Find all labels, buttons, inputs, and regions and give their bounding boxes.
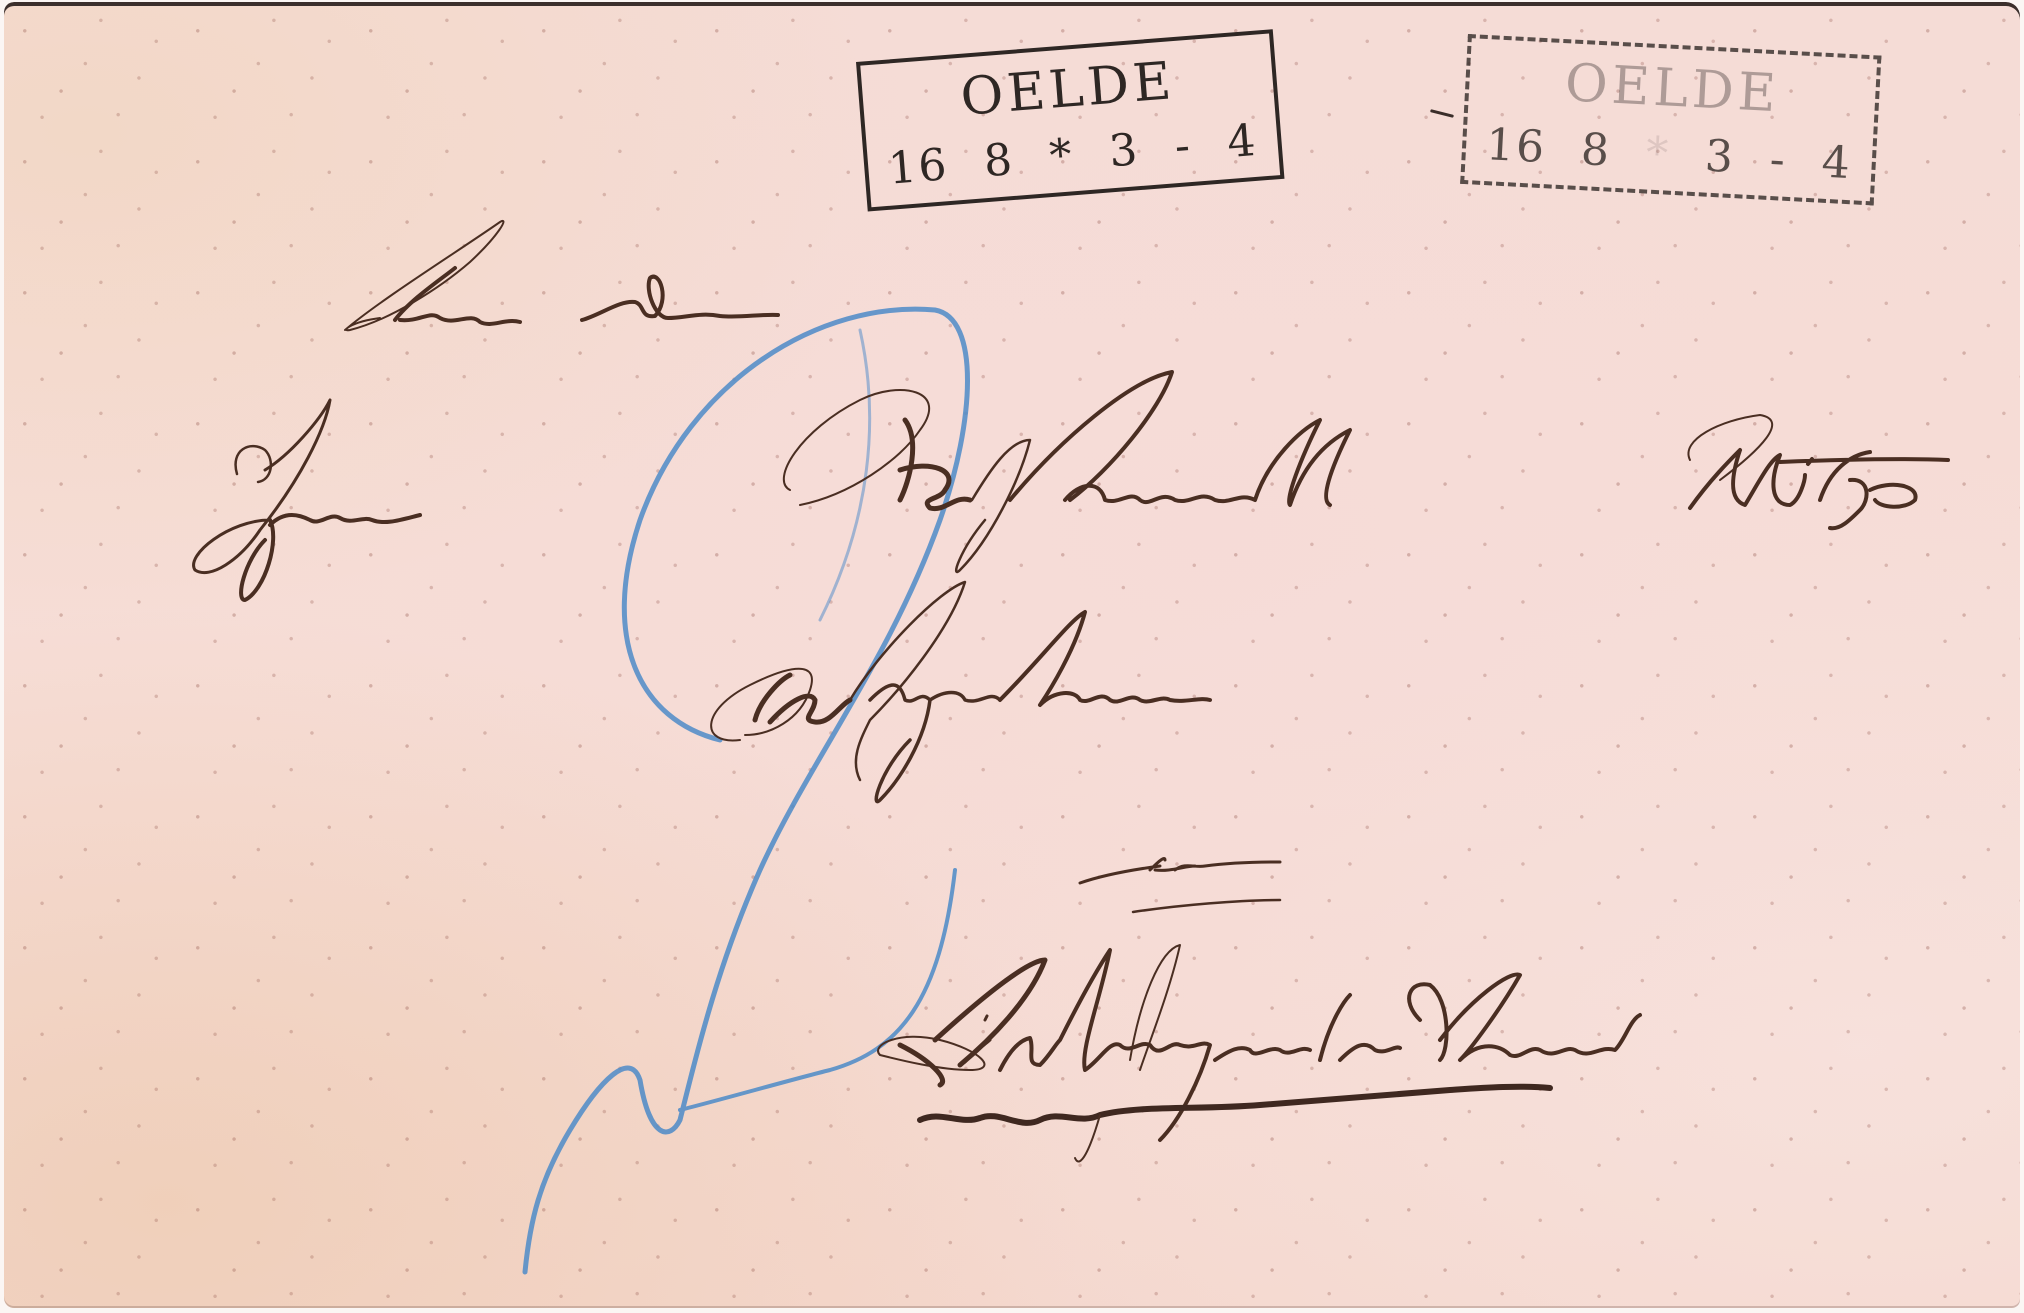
postmark-month: 8 [982,138,1015,184]
postmark-hour-to: 4 [1821,141,1853,187]
postmark-day: 16 [1485,123,1547,170]
postmark-dash: - [1173,124,1193,169]
postmark-hour-to: 4 [1226,119,1259,165]
postmark-date: 16 8 * 3 - 4 [887,119,1259,192]
address-transcription: An den Herrn Rechtsanwalt Mütze Wohlgebo… [0,0,1,1]
postmark-town: OELDE [861,47,1274,131]
postmark-day: 16 [887,143,950,192]
postmark-hour-from: 3 [1704,135,1736,181]
postmark-star: * [1048,133,1075,179]
postmark-town: OELDE [1468,52,1876,125]
postmark-dash: - [1769,138,1788,183]
postmark-box-oelde-2: OELDE 16 8 * 3 - 4 [1460,34,1881,205]
address-line-1: An den [0,0,1,1]
postmark-date: 16 8 * 3 - 4 [1485,123,1853,186]
postmark-star: * [1645,132,1671,177]
document-scan: OELDE 16 8 * 3 - 4 OELDE 16 8 * 3 - 4 [0,0,2024,1313]
postmark-month: 8 [1580,128,1612,174]
postmark-hour-from: 3 [1108,128,1141,174]
